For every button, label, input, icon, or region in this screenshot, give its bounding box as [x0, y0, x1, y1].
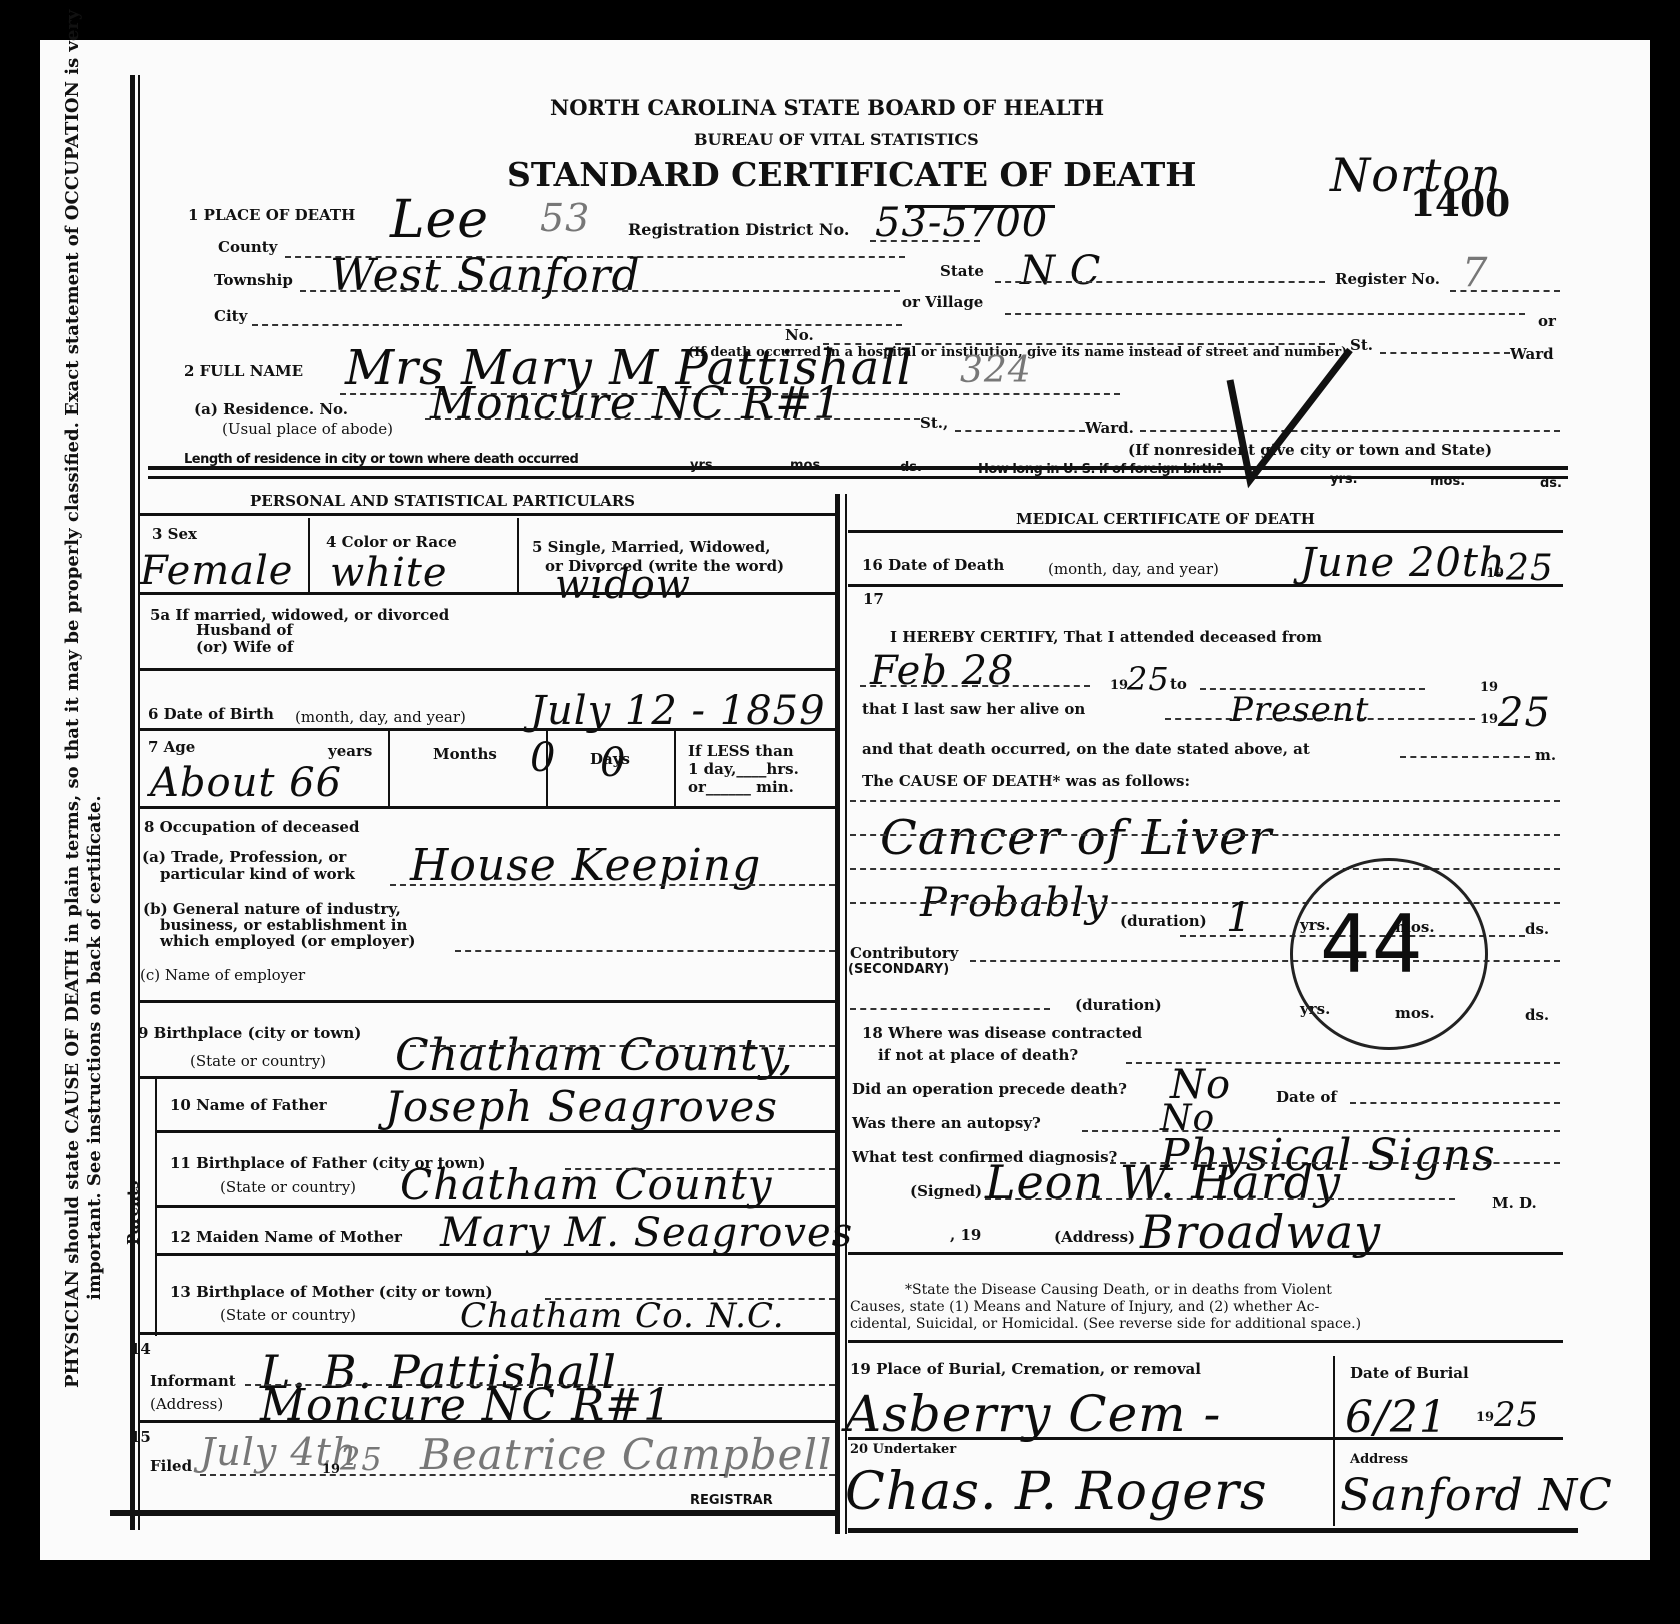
trade-label-1: (a) Trade, Profession, or	[142, 848, 346, 866]
footnote-line3: cidental, Suicidal, or Homicidal. (See r…	[850, 1316, 1361, 1332]
header-bureau: BUREAU OF VITAL STATISTICS	[694, 130, 979, 149]
father-value: Joseph Seagroves	[385, 1082, 778, 1131]
left-border-inner	[138, 75, 140, 1530]
sex-label: 3 Sex	[152, 525, 197, 543]
burial-label: 19 Place of Burial, Cremation, or remova…	[850, 1360, 1201, 1378]
filed-label: Filed	[150, 1457, 192, 1475]
medical-section-title: MEDICAL CERTIFICATE OF DEATH	[1016, 510, 1315, 528]
physician-address-value: Broadway	[1140, 1205, 1381, 1259]
days-value: 0	[600, 740, 626, 786]
attended-from-value: Feb 28	[870, 648, 1014, 694]
center-divider	[835, 494, 840, 1534]
place-of-death-label: 1 PLACE OF DEATH	[188, 206, 355, 224]
last-saw-label: that I last saw her alive on	[862, 700, 1085, 718]
contracted-label-2: if not at place of death?	[878, 1046, 1078, 1064]
spouse-label-1: 5a If married, widowed, or divorced	[150, 606, 449, 624]
residence-ward-label: Ward.	[1085, 419, 1134, 437]
burial-date-value: 6/21	[1345, 1392, 1448, 1443]
residence-st-label: St.,	[920, 414, 948, 432]
residence-label: (a) Residence. No.	[194, 400, 348, 418]
employer-label: (c) Name of employer	[140, 966, 305, 984]
ward-label: Ward	[1510, 345, 1554, 363]
burial-date-label: Date of Burial	[1350, 1364, 1469, 1382]
informant-label: Informant	[150, 1372, 236, 1390]
signed-label: (Signed)	[910, 1182, 982, 1200]
dod-label: 16 Date of Death	[862, 556, 1004, 574]
less-label-2: 1 day,____hrs.	[688, 760, 799, 778]
occupation-label: 8 Occupation of deceased	[144, 818, 359, 836]
last-saw-year: 25	[1498, 690, 1551, 736]
spouse-label-3: (or) Wife of	[196, 638, 293, 656]
township-field	[300, 290, 900, 292]
item-17-label: 17	[863, 590, 884, 608]
dob-label: 6 Date of Birth	[148, 705, 274, 723]
less-label-1: If LESS than	[688, 742, 794, 760]
marital-label-1: 5 Single, Married, Widowed,	[532, 538, 771, 556]
age-label: 7 Age	[148, 738, 195, 756]
circled-code: 44	[1320, 898, 1424, 991]
county-code: 53	[540, 196, 590, 240]
undertaker-address-value: Sanford NC	[1340, 1470, 1613, 1521]
months-value: 0	[530, 735, 556, 781]
attended-from-year: 25	[1127, 660, 1170, 698]
county-label: County	[218, 238, 277, 256]
certificate-title: STANDARD CERTIFICATE OF DEATH	[507, 155, 1196, 194]
dob-sub-label: (month, day, and year)	[295, 708, 466, 726]
secondary-label: (SECONDARY)	[848, 962, 949, 977]
city-label: City	[214, 307, 247, 325]
township-label: Township	[214, 271, 293, 289]
less-label-3: or______ min.	[688, 778, 794, 796]
dod-sub-label: (month, day, and year)	[1048, 560, 1219, 578]
spouse-label-2: Husband of	[196, 621, 293, 639]
mother-label: 12 Maiden Name of Mother	[170, 1228, 402, 1246]
full-name-code: 324	[960, 350, 1032, 391]
informant-address-label: (Address)	[150, 1395, 223, 1413]
undertaker-value: Chas. P. Rogers	[845, 1462, 1268, 1522]
residence-value: Moncure NC R#1	[430, 378, 842, 429]
age-years-label: years	[328, 742, 372, 760]
father-bp-sub-label: (State or country)	[220, 1178, 356, 1196]
register-label: Register No.	[1335, 270, 1440, 288]
months-label: Months	[433, 745, 497, 763]
file-number: 1400	[1410, 183, 1510, 225]
left-border	[130, 75, 135, 1530]
undertaker-label: 20 Undertaker	[850, 1442, 956, 1457]
county-value: Lee	[390, 190, 489, 250]
mother-value: Mary M. Seagroves	[440, 1210, 853, 1256]
contracted-label-1: 18 Where was disease contracted	[862, 1024, 1142, 1042]
mother-bp-sub-label: (State or country)	[220, 1306, 356, 1324]
state-label: State	[940, 262, 984, 280]
registrar-signature: Beatrice Campbell	[420, 1430, 832, 1479]
personal-section-title: PERSONAL AND STATISTICAL PARTICULARS	[250, 492, 635, 510]
race-label: 4 Color or Race	[326, 533, 457, 551]
md-label: M. D.	[1492, 1194, 1537, 1212]
operation-label: Did an operation precede death?	[852, 1080, 1127, 1098]
race-value: white	[330, 550, 448, 596]
sex-value: Female	[140, 548, 293, 594]
footnote-line2: Causes, state (1) Means and Nature of In…	[850, 1299, 1319, 1315]
physician-signature: Leon W. Hardy	[985, 1155, 1341, 1209]
marital-value: widow	[555, 562, 691, 608]
industry-label-3: which employed (or employer)	[160, 932, 415, 950]
trade-label-2: particular kind of work	[160, 865, 355, 883]
state-field	[995, 281, 1325, 283]
state-value: N C	[1020, 248, 1101, 294]
father-label: 10 Name of Father	[170, 1096, 327, 1114]
burial-year: 25	[1494, 1395, 1539, 1435]
footnote-line1: *State the Disease Causing Death, or in …	[905, 1282, 1332, 1298]
physician-address-label: (Address)	[1054, 1228, 1135, 1246]
village-field	[1005, 313, 1525, 315]
contributory-label: Contributory	[850, 944, 958, 962]
cause-label: The CAUSE OF DEATH* was as follows:	[862, 772, 1190, 790]
birthplace-sub-label: (State or country)	[190, 1052, 326, 1070]
header-board: NORTH CAROLINA STATE BOARD OF HEALTH	[550, 95, 1104, 120]
autopsy-label: Was there an autopsy?	[852, 1114, 1041, 1132]
dod-year: 25	[1506, 548, 1554, 589]
date-of-label: Date of	[1276, 1088, 1337, 1106]
township-value: West Sanford	[330, 250, 641, 301]
to-label: to	[1170, 675, 1187, 693]
certify-label: I HEREBY CERTIFY, That I attended deceas…	[890, 628, 1322, 646]
residence-sub-label: (Usual place of abode)	[222, 420, 393, 438]
undertaker-address-label: Address	[1350, 1452, 1408, 1467]
burial-place-value: Asberry Cem -	[845, 1385, 1221, 1443]
dod-value: June 20th	[1300, 540, 1506, 586]
registrar-label: REGISTRAR	[690, 1493, 773, 1508]
side-instructions-line2: important. See instructions on back of c…	[84, 795, 105, 1300]
informant-address-value: Moncure NC R#1	[260, 1380, 672, 1431]
duration-label: (duration)	[1120, 912, 1207, 930]
parents-label: Parents	[124, 1181, 142, 1245]
length-residence-label: Length of residence in city or town wher…	[184, 452, 578, 467]
informant-number: 14	[130, 1340, 151, 1358]
occurred-label: and that death occurred, on the date sta…	[862, 740, 1310, 758]
age-value: About 66	[150, 760, 342, 806]
residence-field	[425, 418, 920, 420]
industry-field	[455, 950, 835, 952]
side-instructions-line1: PHYSICIAN should state CAUSE OF DEATH in…	[62, 10, 83, 1388]
trade-field	[390, 884, 835, 886]
or-label: or	[1538, 312, 1556, 330]
filed-number: 15	[130, 1428, 151, 1446]
mother-bp-label: 13 Birthplace of Mother (city or town)	[170, 1283, 493, 1301]
cause-value: Cancer of Liver	[880, 810, 1272, 866]
birthplace-label: 9 Birthplace (city or town)	[138, 1024, 361, 1042]
last-saw-value: Present	[1230, 690, 1369, 730]
mother-bp-value: Chatham Co. N.C.	[460, 1296, 785, 1336]
section-rule	[148, 466, 1568, 470]
full-name-label: 2 FULL NAME	[184, 362, 303, 380]
birthplace-value: Chatham County,	[395, 1030, 794, 1081]
reg-district-label: Registration District No.	[628, 220, 849, 239]
village-label: or Village	[902, 293, 983, 311]
filed-year: 25	[340, 1440, 383, 1478]
